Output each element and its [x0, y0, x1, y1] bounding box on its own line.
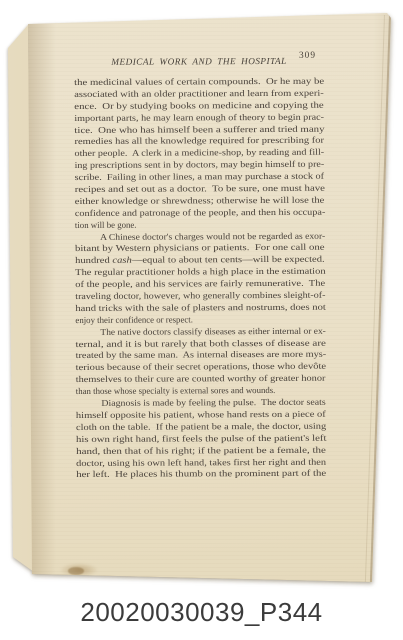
printed-page-content: MEDICAL WORK AND THE HOSPITAL 309 the me… [74, 51, 326, 482]
page-stain [60, 563, 98, 577]
text-line: themselves to their cure are counted wor… [76, 373, 326, 386]
page-stain-core [68, 567, 84, 575]
page-header-title: MEDICAL WORK AND THE HOSPITAL [111, 56, 286, 67]
page-right-inner-edge-line [365, 15, 385, 583]
running-header: MEDICAL WORK AND THE HOSPITAL 309 [74, 51, 324, 64]
right-edge-shading [373, 0, 403, 640]
page-bottom-edge-line [31, 574, 374, 584]
scanned-book-photo: MEDICAL WORK AND THE HOSPITAL 309 the me… [0, 0, 403, 640]
catalog-number: 20020030039_P344 [0, 597, 403, 628]
text-line: hand tricks with the sale of plasters an… [75, 302, 325, 315]
page-number: 309 [299, 51, 316, 61]
body-text: the medicinal values of certain compound… [74, 76, 326, 482]
text-line: her left. He places his thumb on the pro… [76, 468, 326, 481]
page-right-edge-line [370, 15, 391, 583]
text-line: confidence and patronage of the people, … [75, 206, 325, 219]
